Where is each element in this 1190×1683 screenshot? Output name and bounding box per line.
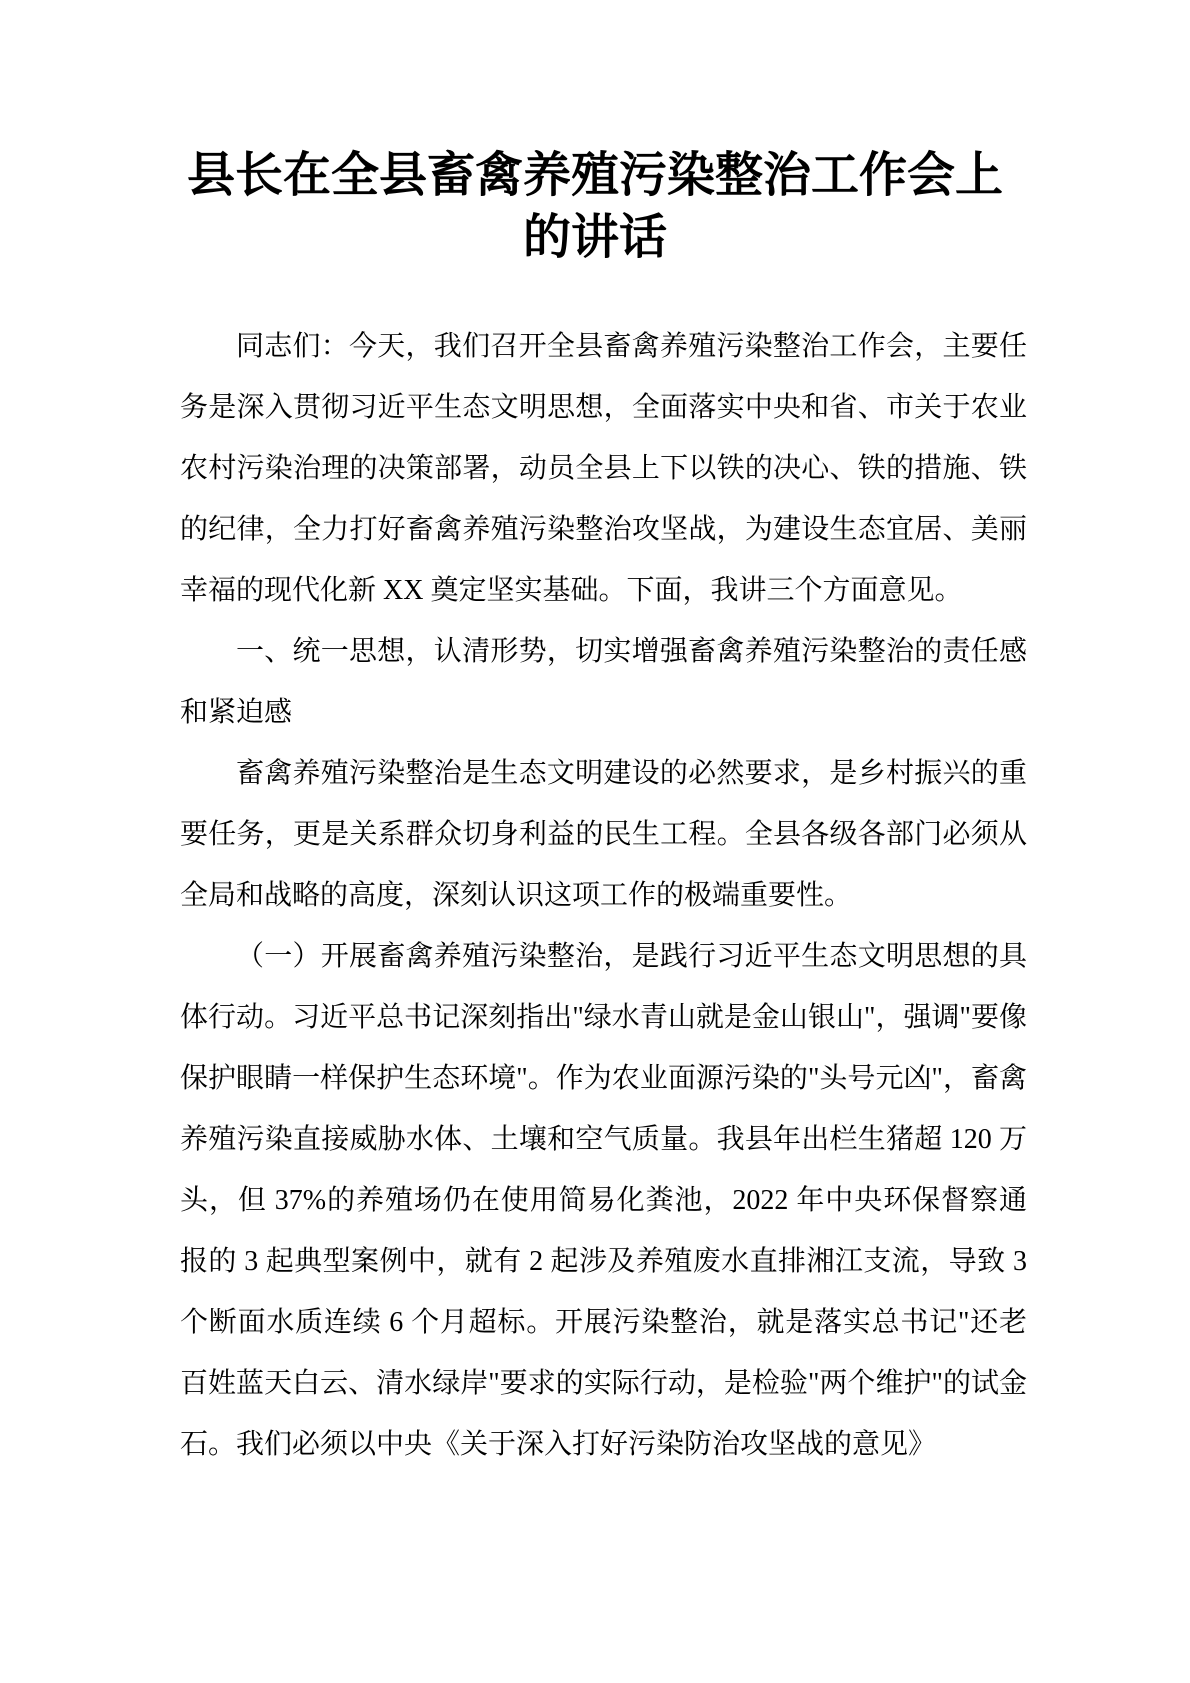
- document-body: 同志们：今天，我们召开全县畜禽养殖污染整治工作会，主要任务是深入贯彻习近平生态文…: [180, 316, 1027, 1475]
- section-heading-1: 一、统一思想，认清形势，切实增强畜禽养殖污染整治的责任感和紧迫感: [180, 621, 1027, 743]
- body-paragraph-2: （一）开展畜禽养殖污染整治，是践行习近平生态文明思想的具体行动。习近平总书记深刻…: [180, 926, 1027, 1475]
- document-page: 县长在全县畜禽养殖污染整治工作会上的讲话 同志们：今天，我们召开全县畜禽养殖污染…: [0, 0, 1190, 1683]
- document-title: 县长在全县畜禽养殖污染整治工作会上的讲话: [180, 145, 1010, 269]
- body-paragraph-1: 畜禽养殖污染整治是生态文明建设的必然要求，是乡村振兴的重要任务，更是关系群众切身…: [180, 743, 1027, 926]
- opening-paragraph: 同志们：今天，我们召开全县畜禽养殖污染整治工作会，主要任务是深入贯彻习近平生态文…: [180, 316, 1027, 621]
